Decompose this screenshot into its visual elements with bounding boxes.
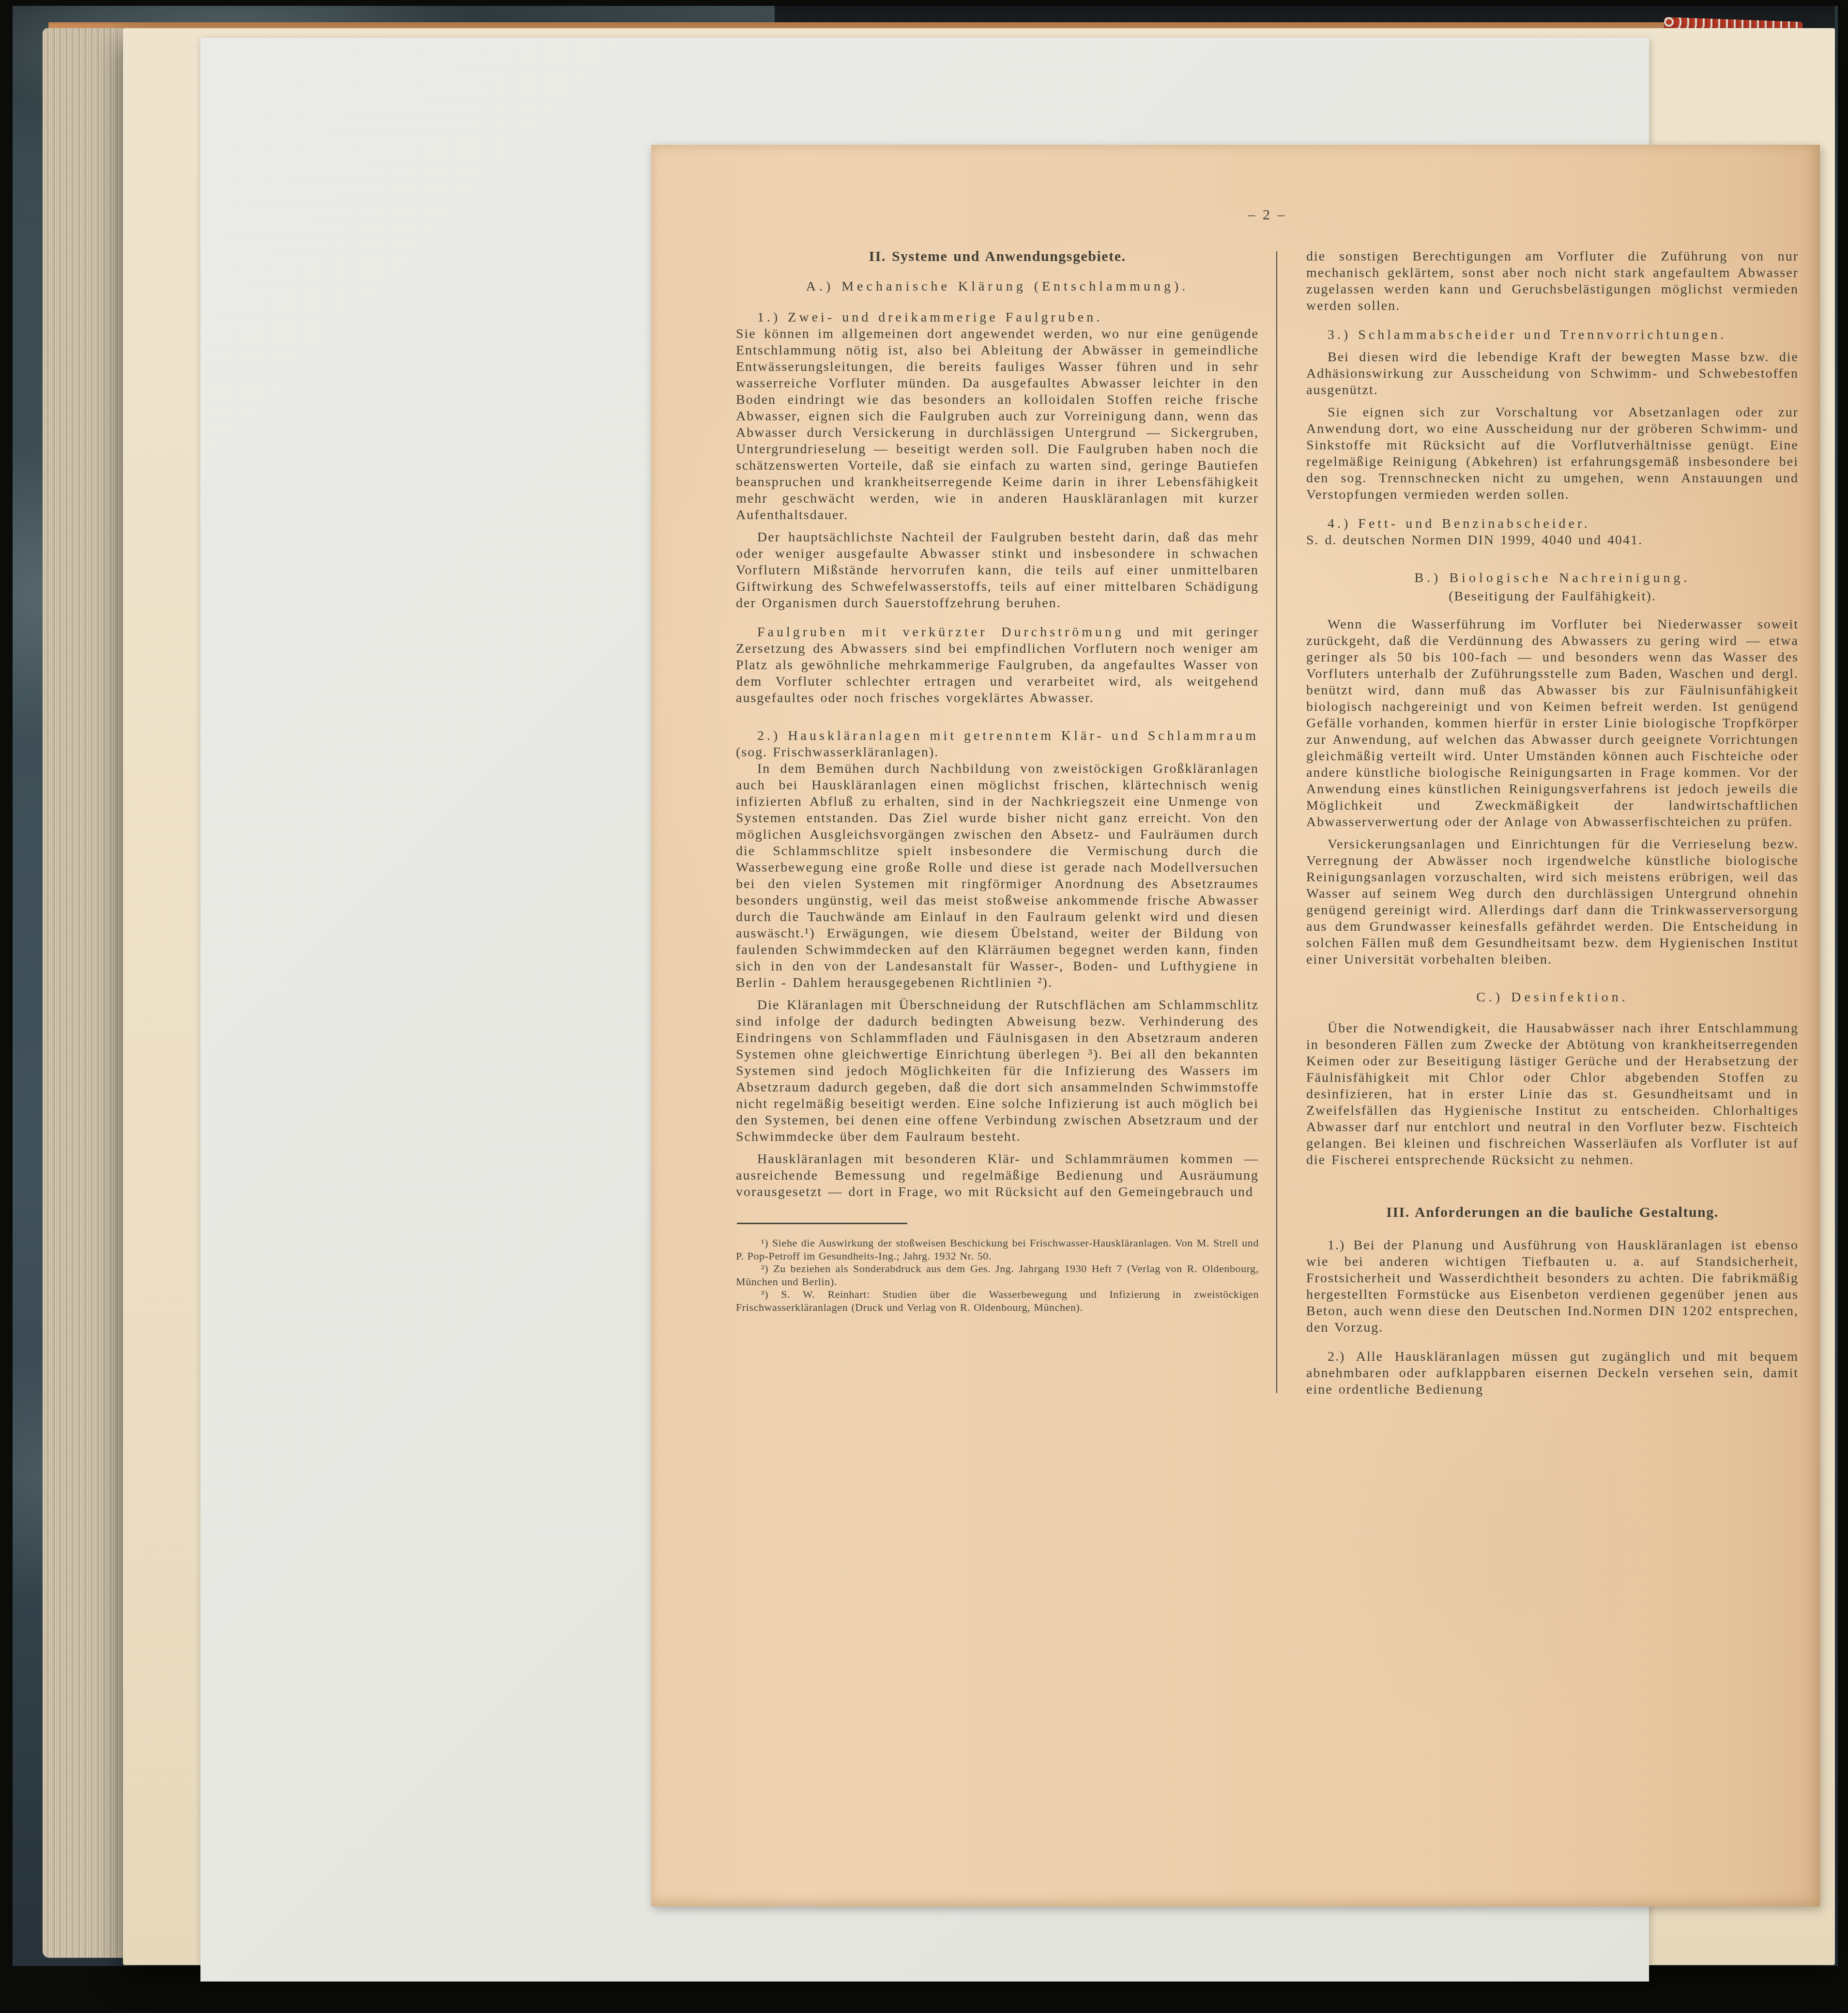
right-column: die sonstigen Berechtigungen am Vorflute… xyxy=(1306,248,1799,1398)
spaced-lead: Faulgruben mit verkürzter Durchströmung xyxy=(757,625,1124,640)
column-divider-rule xyxy=(1276,251,1277,1393)
paragraph: Hauskläranlagen mit besonderen Klär- und… xyxy=(736,1151,1259,1200)
paragraph: Sie eignen sich zur Vorschaltung vor Abs… xyxy=(1306,404,1799,503)
paragraph: Faulgruben mit verkürzter Durchströmung … xyxy=(736,624,1259,707)
spaced-lead: 2.) Hauskläranlagen mit getrenntem Klär-… xyxy=(757,728,1259,743)
subsection-heading: B.) Biologische Nachreinigung. xyxy=(1306,570,1799,586)
subsection-subtitle: (Beseitigung der Faulfähigkeit). xyxy=(1306,588,1799,605)
footnote-separator-rule xyxy=(737,1223,907,1224)
paragraph: 2.) Alle Hauskläranlagen müssen gut zugä… xyxy=(1306,1349,1799,1398)
heading-rest: (sog. Frischwasserkläranlagen). xyxy=(736,745,939,760)
subsection-heading: A.) Mechanische Klärung (Entschlammung). xyxy=(736,278,1259,295)
paragraph: Sie können im allgemeinen dort angewende… xyxy=(736,326,1259,523)
section-heading: III. Anforderungen an die bauliche Gesta… xyxy=(1306,1204,1799,1221)
paragraph: die sonstigen Berechtigungen am Vorflute… xyxy=(1306,248,1799,314)
paragraph: Bei diesen wird die lebendige Kraft der … xyxy=(1306,349,1799,399)
page-number: – 2 – xyxy=(736,207,1799,223)
section-heading: II. Systeme und Anwendungsgebiete. xyxy=(736,248,1259,265)
numbered-heading: 4.) Fett- und Benzinabscheider. xyxy=(1306,516,1799,532)
paragraph: S. d. deutschen Normen DIN 1999, 4040 un… xyxy=(1306,532,1799,549)
numbered-heading: 1.) Zwei- und dreikammerige Faulgruben. xyxy=(736,309,1259,326)
two-column-text: II. Systeme und Anwendungsgebiete. A.) M… xyxy=(736,248,1799,1398)
paragraph: 1.) Bei der Planung und Ausführung von H… xyxy=(1306,1237,1799,1336)
book-scan-background: { "page_number": "– 2 –", "colors": { "b… xyxy=(0,0,1848,2013)
footnote: ³) S. W. Reinhart: Studien über die Wass… xyxy=(736,1288,1259,1314)
subsection-heading: C.) Desinfektion. xyxy=(1306,989,1799,1006)
page-content: – 2 – II. Systeme und Anwendungsgebiete.… xyxy=(651,145,1820,1906)
numbered-heading: 3.) Schlammabscheider und Trennvorrichtu… xyxy=(1306,327,1799,343)
footnote: ¹) Siehe die Auswirkung der stoßweisen B… xyxy=(736,1237,1259,1262)
paragraph: Über die Notwendigkeit, die Hausabwässer… xyxy=(1306,1020,1799,1168)
paragraph: Versickerungsanlagen und Einrichtungen f… xyxy=(1306,836,1799,968)
scanned-document-page: – 2 – II. Systeme und Anwendungsgebiete.… xyxy=(651,145,1820,1906)
paragraph: Der hauptsächlichste Nachteil der Faulgr… xyxy=(736,529,1259,612)
left-column: II. Systeme und Anwendungsgebiete. A.) M… xyxy=(736,248,1259,1398)
footnote: ²) Zu beziehen als Sonderabdruck aus dem… xyxy=(736,1262,1259,1288)
page-stack-left-edges xyxy=(43,28,126,1958)
numbered-heading: 2.) Hauskläranlagen mit getrenntem Klär-… xyxy=(736,728,1259,761)
paragraph: Die Kläranlagen mit Überschneidung der R… xyxy=(736,997,1259,1145)
paragraph: In dem Bemühen durch Nachbildung von zwe… xyxy=(736,761,1259,991)
paragraph: Wenn die Wasserführung im Vorfluter bei … xyxy=(1306,616,1799,830)
